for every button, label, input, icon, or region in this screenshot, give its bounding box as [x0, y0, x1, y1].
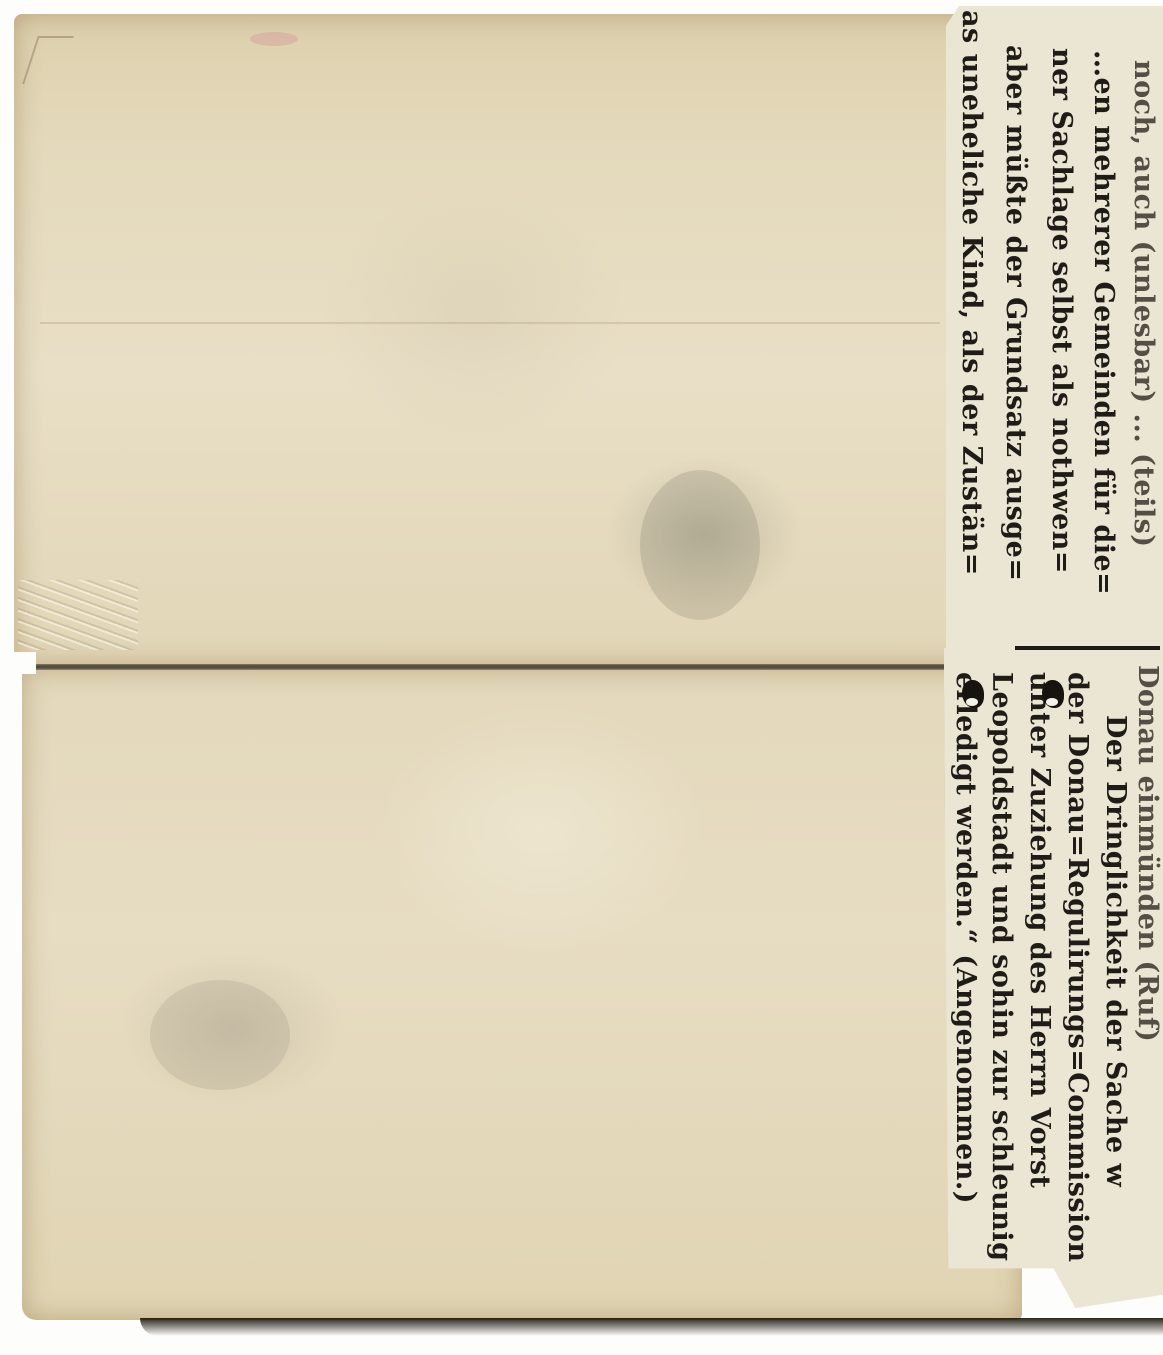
clipping-text-line: as uneheliche Kind, als der Zustän= [956, 10, 986, 576]
bottom-edge-shadow [140, 1318, 1163, 1336]
paper-crease [40, 322, 940, 324]
clipping-rule-line [1015, 646, 1160, 650]
clipping-text-line: ner Sachlage selbst als nothwen= [1046, 48, 1076, 574]
fold-notch [0, 652, 36, 674]
clipping-text-line: …en mehrerer Gemeinden für die= [1088, 50, 1118, 595]
clipping-text-line: Leopoldstadt und sohin zur schleunig [986, 672, 1016, 1261]
clipping-text-line: aber müßte der Grundsatz ausge= [1000, 45, 1030, 581]
paper-upper-half [14, 14, 1014, 666]
faint-stain [150, 980, 290, 1090]
clipping-text-line: Der Dringlichkeit der Sache w [1100, 715, 1130, 1187]
fold-creases [18, 580, 138, 650]
scanned-document: noch, auch (unlesbar) ... (teils) …en me… [0, 0, 1163, 1355]
clipping-text-line: der Donau=Regulirungs=Commission [1062, 672, 1092, 1263]
clipping-text-line: noch, auch (unlesbar) ... (teils) [1128, 60, 1158, 548]
punch-hole [962, 680, 984, 708]
clipping-text-line: unter Zuziehung des Herrn Vorst [1024, 672, 1054, 1189]
clipping-text-line: Donau einmünden (Ruf) [1132, 665, 1162, 1042]
dark-stain [640, 470, 760, 620]
punch-hole [1042, 680, 1064, 708]
clipping-text-line: erledigt werden.“ (Angenommen.) [950, 672, 980, 1204]
pink-stain [250, 32, 298, 46]
